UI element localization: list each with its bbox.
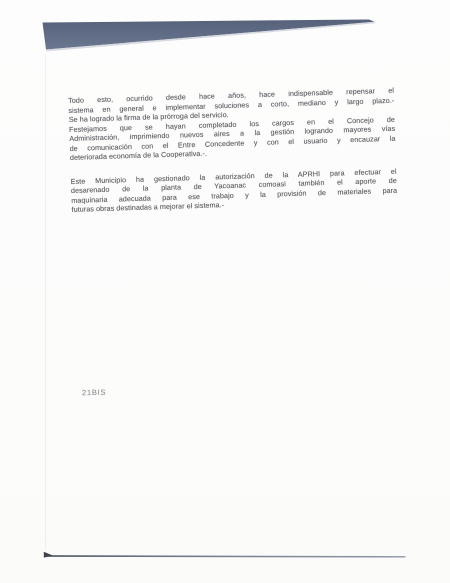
page-bottom-edge-shadow xyxy=(45,555,406,557)
document-text: Todo esto, ocurrido desde hace años, hac… xyxy=(68,86,398,215)
page-number: 21BIS xyxy=(82,388,106,398)
page-bottom-corner-shadow xyxy=(44,552,53,558)
paragraph-2: Este Municipio ha gestionado la autoriza… xyxy=(71,167,398,215)
scanned-page: Todo esto, ocurrido desde hace años, hac… xyxy=(0,0,450,583)
paragraph-1: Todo esto, ocurrido desde hace años, hac… xyxy=(68,86,396,163)
page-fold-shadow-edge xyxy=(46,22,376,52)
page-fold-shadow xyxy=(43,20,375,50)
